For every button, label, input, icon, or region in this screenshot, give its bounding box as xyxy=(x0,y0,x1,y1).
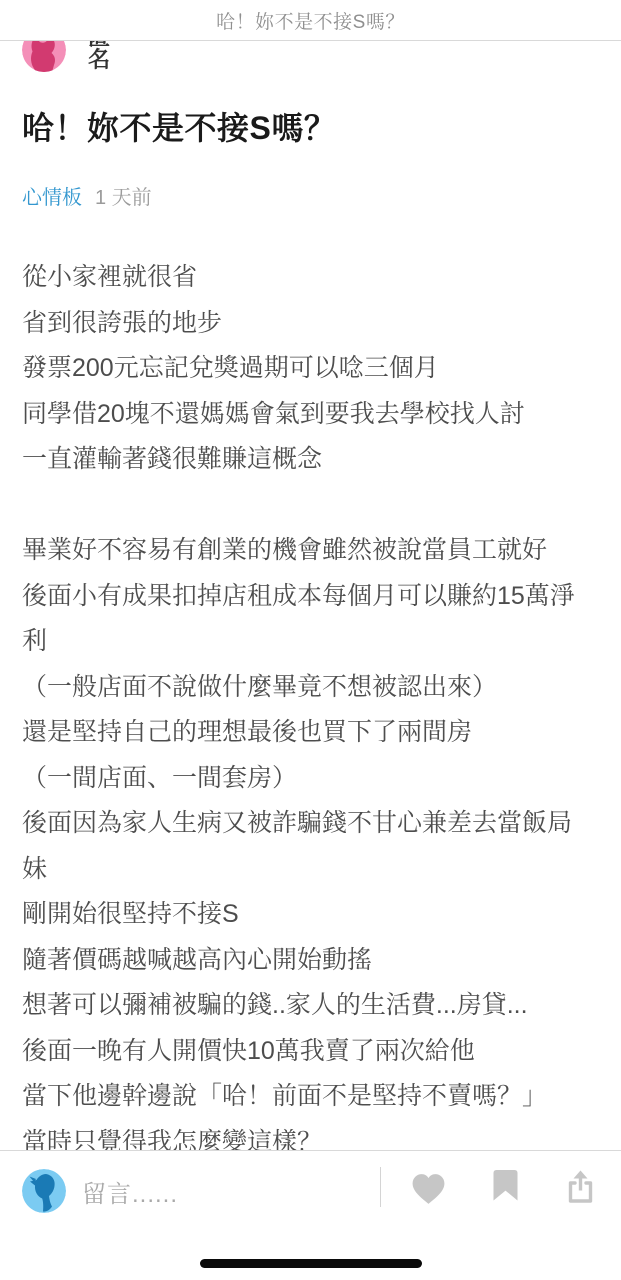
bookmark-icon xyxy=(493,1170,518,1204)
comment-input-placeholder: 留言...... xyxy=(82,1174,178,1209)
post-title: 哈！妳不是不接S嗎？ xyxy=(22,106,599,150)
post-screen: 哈！妳不是不接S嗎？ 匿名 哈！妳不是不接S嗎？ 心情板 1 天前 從小家裡就很… xyxy=(0,0,621,1280)
heart-icon xyxy=(411,1173,446,1208)
post-body: 從小家裡就很省 省到很誇張的地步 發票200元忘記兌獎過期可以唸三個月 同學借2… xyxy=(22,255,595,1165)
post-meta: 心情板 1 天前 xyxy=(22,181,152,210)
app-header: 哈！妳不是不接S嗎？ xyxy=(0,0,621,41)
like-button[interactable] xyxy=(410,1174,446,1207)
share-icon xyxy=(565,1170,596,1207)
post-time: 1 天前 xyxy=(95,181,152,210)
nav-title: 哈！妳不是不接S嗎？ xyxy=(216,7,405,34)
vertical-divider xyxy=(380,1167,381,1207)
share-button[interactable] xyxy=(564,1171,596,1205)
board-link[interactable]: 心情板 xyxy=(22,181,82,210)
user-avatar-icon xyxy=(22,1169,66,1213)
bookmark-button[interactable] xyxy=(492,1171,518,1203)
home-indicator-handle[interactable] xyxy=(200,1259,422,1268)
comment-composer[interactable]: 留言...... xyxy=(22,1169,178,1213)
comment-action-bar: 留言...... xyxy=(0,1150,621,1280)
